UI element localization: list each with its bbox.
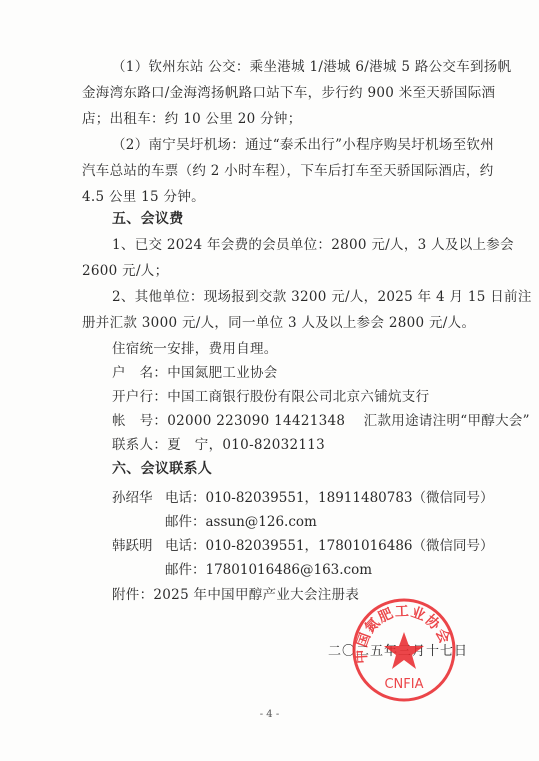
account-name: 户 名：中国氮肥工业协会 — [112, 364, 278, 382]
attachment-note: 附件：2025 年中国甲醇产业大会注册表 — [112, 586, 359, 604]
contact-phone: 电话：010-82039551，17801016486（微信同号） — [165, 534, 494, 554]
contact-email: 邮件：17801016486@163.com — [165, 558, 372, 578]
transport-item2-line3: 4.5 公里 15 分钟。 — [82, 188, 205, 206]
document-page: （1）钦州东站 公交：乘坐港城 1/港城 6/港城 5 路公交车到扬帆 金海湾东… — [0, 0, 539, 761]
contact-email: 邮件：assun@126.com — [165, 510, 317, 530]
transport-item1-line3: 店；出租车：约 10 公里 20 分钟； — [82, 110, 302, 128]
contact-name: 韩跃明 — [112, 534, 153, 554]
fee-item2-line2: 册并汇款 3000 元/人，同一单位 3 人及以上参会 2800 元/人。 — [82, 314, 475, 332]
svg-text:CNFIA: CNFIA — [384, 677, 423, 692]
fee-item1-line1: 1、已交 2024 年会费的会员单位：2800 元/人，3 人及以上参会 — [112, 236, 514, 254]
transport-item2-line2: 汽车总站的车票（约 2 小时车程），下车后打车至天骄国际酒店，约 — [82, 162, 494, 180]
official-seal-icon: 中国氮肥工业协会 CNFIA — [350, 596, 458, 704]
lodging-note: 住宿统一安排，费用自理。 — [112, 340, 278, 358]
transport-item1-line1: （1）钦州东站 公交：乘坐港城 1/港城 6/港城 5 路公交车到扬帆 — [112, 58, 511, 76]
contact-name: 孙绍华 — [112, 486, 153, 506]
bank-name: 开户行：中国工商银行股份有限公司北京六铺炕支行 — [112, 388, 429, 406]
section-heading-fees: 五、会议费 — [112, 210, 184, 228]
section-heading-contacts: 六、会议联系人 — [112, 460, 212, 478]
transport-item2-line1: （2）南宁吴圩机场：通过“泰禾出行”小程序购吴圩机场至钦州 — [112, 136, 494, 154]
contact-phone: 电话：010-82039551，18911480783（微信同号） — [165, 486, 494, 506]
account-number: 帐 号：02000 223090 14421348 汇款用途请注明“甲醇大会” — [112, 412, 530, 430]
transport-item1-line2: 金海湾东路口/金海湾扬帆路口站下车，步行约 900 米至天骄国际酒 — [82, 84, 495, 102]
fee-contact: 联系人：夏 宁，010-82032113 — [112, 436, 325, 454]
fee-item2-line1: 2、其他单位：现场报到交款 3200 元/人，2025 年 4 月 15 日前注 — [112, 288, 532, 306]
page-number: - 4 - — [0, 709, 539, 720]
fee-item1-line2: 2600 元/人； — [82, 262, 168, 280]
